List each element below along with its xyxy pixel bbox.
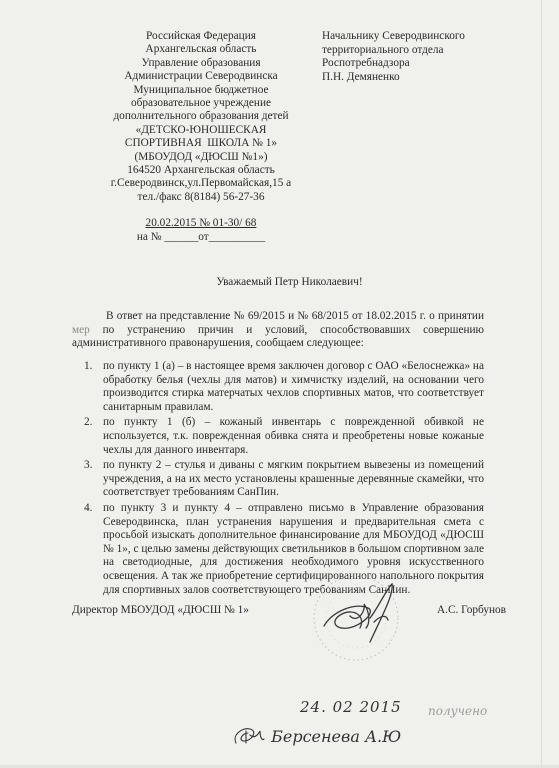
item-text: по пункту 1 (б) – кожаный инвентарь с по… <box>103 416 484 455</box>
sender-line: (МБОУДОД «ДЮСШ №1») <box>96 151 306 164</box>
sender-line: Администрации Северодвинска <box>96 70 306 83</box>
director-name: А.С. Горбунов <box>437 604 506 616</box>
item-number: 3. <box>84 459 92 473</box>
handwritten-received-note: получено <box>428 704 487 718</box>
addressee-line: П.Н. Демяненко <box>322 71 542 85</box>
sender-line: образовательное учреждение <box>96 97 306 110</box>
list-item: 2. по пункту 1 (б) – кожаный инвентарь с… <box>84 416 484 457</box>
intro-paragraph: В ответ на представление № 69/2015 и № 6… <box>72 310 484 351</box>
sender-line: тел./факс 8(8184) 56-27-36 <box>96 191 306 204</box>
item-text: по пункту 2 – стулья и диваны с мягким п… <box>103 459 484 498</box>
addressee-line: Начальнику Северодвинского <box>322 30 542 44</box>
sender-line: 164520 Архангельская область <box>96 164 306 177</box>
sender-line: «ДЕТСКО-ЮНОШЕСКАЯ <box>96 124 306 137</box>
item-number: 2. <box>84 416 92 430</box>
intro-text: В ответ на представление № 69/2015 и № 6… <box>106 310 484 322</box>
intro-faded-text: мер <box>72 324 90 336</box>
sender-line: г.Северодвинск,ул.Первомайская,15 а <box>96 177 306 190</box>
salutation: Уважаемый Петр Николаевич! <box>0 276 559 288</box>
handwritten-date: 24. 02 2015 <box>300 698 402 716</box>
handwritten-signer: Берсенева А.Ю <box>232 725 401 747</box>
document-page: Российская Федерация Архангельская облас… <box>0 0 559 768</box>
sender-line: Управление образования <box>96 57 306 70</box>
sender-block: Российская Федерация Архангельская облас… <box>96 30 306 244</box>
outgoing-ref: 20.02.2015 № 01-30/ 68 <box>146 217 257 229</box>
response-list: 1. по пункту 1 (а) – в настоящее время з… <box>84 360 484 597</box>
list-item: 4. по пункту 3 и пункту 4 – отправлено п… <box>84 502 484 597</box>
reference-block: 20.02.2015 № 01-30/ 68 на № ______от____… <box>96 217 306 244</box>
addressee-line: Роспотребнадзора <box>322 57 542 71</box>
handwritten-signer-name: Берсенева А.Ю <box>271 727 401 746</box>
incoming-ref: на № ______от__________ <box>96 231 306 244</box>
page-edge-line <box>541 0 542 768</box>
director-title: Директор МБОУДОД «ДЮСШ № 1» <box>72 604 249 616</box>
round-stamp-icon <box>304 568 408 664</box>
sender-line: Муниципальное бюджетное <box>96 84 306 97</box>
item-number: 1. <box>84 360 92 374</box>
addressee-block: Начальнику Северодвинского территориальн… <box>322 30 542 84</box>
intro-text-cont: по устранению причин и условий, способст… <box>72 324 484 350</box>
item-text: по пункту 1 (а) – в настоящее время закл… <box>103 360 484 413</box>
sender-line: дополнительного образования детей <box>96 110 306 123</box>
item-number: 4. <box>84 502 92 516</box>
initials-signature-icon <box>232 725 266 747</box>
addressee-line: территориального отдела <box>322 44 542 58</box>
sender-line: Российская Федерация <box>96 30 306 43</box>
list-item: 1. по пункту 1 (а) – в настоящее время з… <box>84 360 484 414</box>
list-item: 3. по пункту 2 – стулья и диваны с мягки… <box>84 459 484 500</box>
sender-line: Архангельская область <box>96 43 306 56</box>
item-text: по пункту 3 и пункту 4 – отправлено пись… <box>103 502 484 596</box>
sender-line: СПОРТИВНАЯ ШКОЛА № 1» <box>96 137 306 150</box>
